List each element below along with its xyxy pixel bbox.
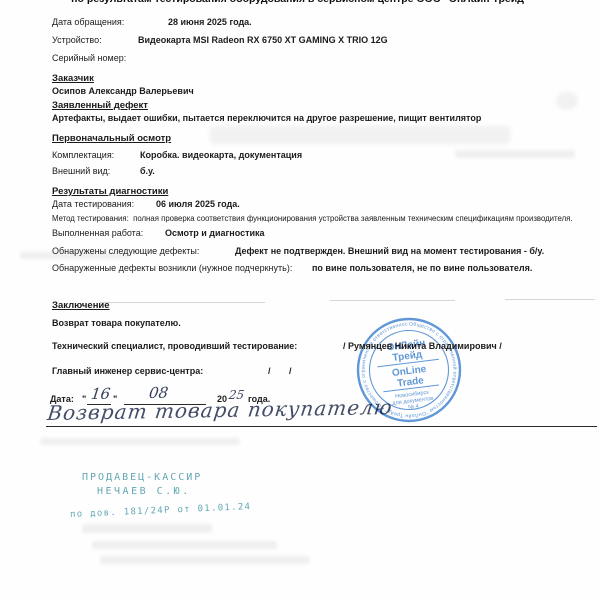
work-label: Выполненная работа: — [52, 228, 143, 238]
defect-cause-value: по вине пользователя, не по вине пользов… — [312, 263, 532, 273]
diagnostics-heading: Результаты диагностики — [52, 186, 168, 197]
work-value: Осмотр и диагностика — [165, 228, 265, 238]
defect-cause-label: Обнаруженные дефекты возникли (нужное по… — [52, 263, 292, 273]
scan-noise-ghost-text — [40, 438, 240, 445]
stamp-number: № 4 — [408, 404, 419, 411]
test-date-value: 06 июля 2025 года. — [156, 199, 240, 209]
scan-noise-smudge — [455, 150, 575, 158]
cashier-stamp-role: ПРОДАВЕЦ-КАССИР — [82, 472, 202, 483]
report-title: по результатам тестирования оборудования… — [0, 0, 600, 5]
test-method-line: Метод тестирования: полная проверка соот… — [52, 214, 573, 223]
scanned-report-page: по результатам тестирования оборудования… — [0, 0, 600, 600]
test-method-value: полная проверка соответствия функциониро… — [133, 214, 572, 223]
chief-engineer-signature-slashes: / / — [268, 366, 300, 376]
cashier-stamp-attorney: по дов. 181/24Р от 01.01.24 — [70, 502, 252, 520]
initial-inspection-heading: Первоначальный осмотр — [52, 133, 171, 144]
chief-engineer-label: Главный инженер сервис-центра: — [52, 366, 203, 376]
request-date-value: 28 июня 2025 года. — [168, 17, 252, 27]
test-date-label: Дата тестирования: — [52, 199, 134, 209]
note-underline — [46, 426, 597, 427]
company-round-stamp: Общество с ограниченной ответственностью… — [354, 315, 464, 425]
serial-number-label: Серийный номер: — [52, 53, 126, 63]
customer-name: Осипов Александр Валерьевич — [52, 86, 194, 96]
scan-noise-ghost-text — [82, 524, 212, 533]
scan-scratch-line — [505, 299, 595, 300]
kit-value: Коробка. видеокарта, документация — [140, 150, 302, 160]
device-label: Устройство: — [52, 35, 102, 45]
scan-scratch-line — [100, 302, 265, 303]
scan-scratch-line — [330, 300, 455, 301]
appearance-value: б.у. — [140, 166, 155, 176]
handwritten-note: Возврат товара покупателю — [46, 395, 394, 425]
scan-noise-ghost-text — [100, 556, 310, 564]
claimed-defect-text: Артефакты, выдает ошибки, пытается перек… — [52, 113, 481, 123]
conclusion-heading: Заключение — [52, 300, 110, 311]
scan-noise-smudge — [210, 126, 510, 144]
device-value: Видеокарта MSI Radeon RX 6750 XT GAMING … — [138, 35, 388, 45]
specialist-label: Технический специалист, проводивший тест… — [52, 341, 297, 351]
scan-noise-ghost-text — [92, 541, 277, 549]
cashier-stamp-name: НЕЧАЕВ С.Ю. — [97, 486, 191, 497]
found-defects-value: Дефект не подтвержден. Внешний вид на мо… — [235, 246, 544, 256]
customer-heading: Заказчик — [52, 73, 94, 84]
appearance-label: Внешний вид: — [52, 166, 110, 176]
conclusion-text: Возврат товара покупателю. — [52, 318, 181, 328]
specialist-signature-name: / Румянцев Никита Владимирович / — [343, 341, 502, 351]
found-defects-label: Обнаружены следующие дефекты: — [52, 246, 199, 256]
kit-label: Комплектация: — [52, 150, 114, 160]
request-date-label: Дата обращения: — [52, 17, 124, 27]
test-method-label: Метод тестирования: — [52, 214, 129, 223]
scan-noise-smudge — [556, 92, 578, 110]
claimed-defect-heading: Заявленный дефект — [52, 100, 148, 111]
